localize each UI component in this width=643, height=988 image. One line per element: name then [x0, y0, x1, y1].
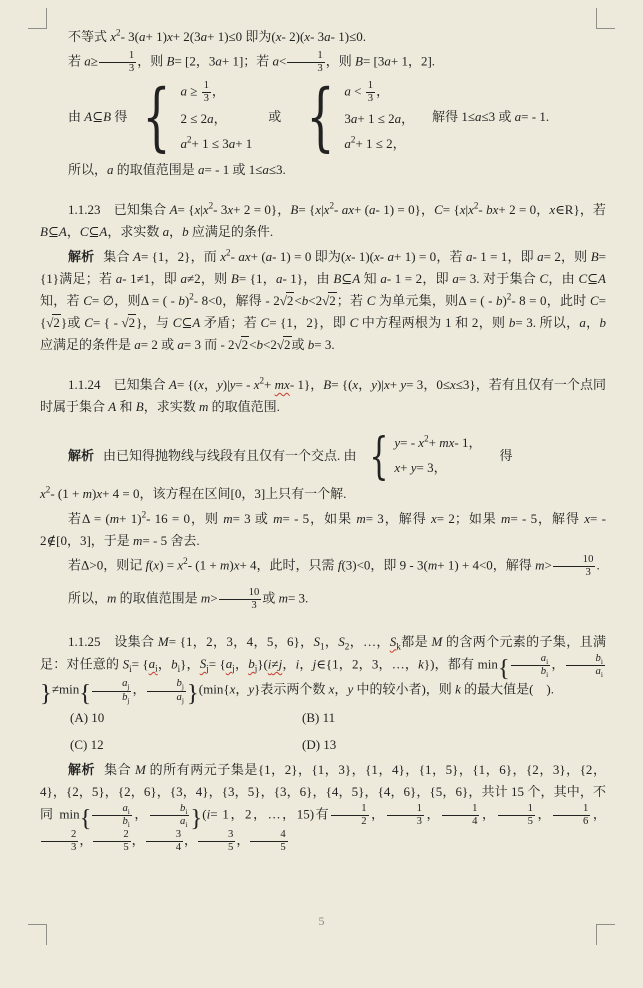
- cases-prefix: 由已知得抛物线与线段有且仅有一个交点. 由: [103, 445, 357, 467]
- document-content: 不等式 x2- 3(a+ 1)x+ 2(3a+ 1)≤0 即为(x- 2)(x-…: [40, 26, 606, 856]
- paragraph: 所以，a 的取值范围是 a= - 1 或 1≤a≤3.: [40, 159, 606, 181]
- fraction: aibi: [511, 653, 550, 679]
- option-item: (B) 11: [302, 707, 534, 729]
- paragraph: 若Δ = (m+ 1)2- 16 = 0，则 m= 3 或 m= - 5，如果 …: [40, 508, 606, 552]
- math-brace: }: [187, 680, 199, 707]
- cases-or: 或: [268, 106, 281, 128]
- fraction: aibi: [92, 803, 131, 829]
- fraction: biai: [566, 653, 605, 679]
- math-brace: {: [79, 680, 91, 707]
- options-row: (A) 10(B) 11: [70, 707, 606, 729]
- cases-prefix: 由 A⊆B 得: [68, 106, 127, 128]
- sqrt-radical: √2: [46, 314, 61, 330]
- fraction: 13: [202, 80, 211, 106]
- cases-line: 解析由已知得抛物线与线段有且仅有一个交点. 由{y= - x2+ mx- 1，x…: [40, 432, 606, 479]
- spellcheck-squiggle: ai: [149, 656, 158, 671]
- page-number: 5: [0, 914, 643, 929]
- fraction: 12: [331, 803, 368, 829]
- sqrt-radical: √2: [322, 292, 337, 308]
- fraction: 16: [553, 803, 590, 829]
- math-brace: {: [80, 805, 92, 832]
- option-item: (C) 12: [70, 734, 302, 756]
- spellcheck-squiggle: Sj: [200, 656, 209, 671]
- spellcheck-squiggle: bj: [248, 656, 257, 671]
- solution-label: 解析: [68, 762, 95, 777]
- option-item: (A) 10: [70, 707, 302, 729]
- system-row: a2+ 1 ≤ 2，: [344, 133, 414, 155]
- paragraph: 若Δ>0，则记 f(x) = x2- (1 + m)x+ 4，此时，只需 f(3…: [40, 554, 606, 580]
- paragraph: 解析集合 M 的所有两元子集是{1，2}，{1，3}，{1，4}，{1，5}，{…: [40, 759, 606, 854]
- fraction: 35: [198, 829, 235, 855]
- system-row: 2 ≤ 2a，: [180, 108, 252, 130]
- options-row: (C) 12(D) 13: [70, 734, 606, 756]
- solution-label: 解析: [68, 445, 94, 467]
- system-row: a < 13，: [344, 80, 414, 106]
- fraction: 103: [553, 554, 596, 580]
- paragraph: 1.1.25 设集合 M= {1，2，3，4，5，6}，S1，S2，…，Sk都是…: [40, 631, 606, 704]
- fraction: 45: [250, 829, 287, 855]
- solution-label: 解析: [68, 249, 94, 264]
- fraction: 103: [219, 587, 262, 613]
- fraction: bjaj: [147, 678, 186, 704]
- fraction: 13: [99, 50, 136, 76]
- sqrt-radical: √2: [277, 336, 292, 352]
- fraction: ajbj: [92, 678, 131, 704]
- math-brace: }: [40, 680, 52, 707]
- paragraph: 解析集合 A= {1，2}，而 x2- ax+ (a- 1) = 0 即为(x-…: [40, 246, 606, 356]
- spellcheck-squiggle: i≠j: [268, 656, 282, 671]
- math-brace: {: [498, 655, 510, 682]
- vertical-gap: [40, 183, 606, 199]
- spellcheck-squiggle: aj: [226, 656, 235, 671]
- equation-system: {y= - x2+ mx- 1，x+ y= 3，: [363, 432, 482, 479]
- fraction: 14: [442, 803, 479, 829]
- options-grid: (A) 10(B) 11(C) 12(D) 13: [40, 707, 606, 756]
- spellcheck-squiggle: Sk: [390, 634, 401, 649]
- system-row: a ≥ 13，: [180, 80, 252, 106]
- paragraph: x2- (1 + m)x+ 4 = 0，该方程在区间[0，3]上只有一个解.: [40, 483, 606, 505]
- sqrt-radical: √2: [121, 314, 136, 330]
- fraction: biai: [150, 803, 189, 829]
- vertical-gap: [40, 358, 606, 374]
- paragraph: 不等式 x2- 3(a+ 1)x+ 2(3a+ 1)≤0 即为(x- 2)(x-…: [40, 26, 606, 48]
- cases-line: 由 A⊆B 得{a ≥ 13，2 ≤ 2a，a2+ 1 ≤ 3a+ 1或{a <…: [40, 80, 606, 156]
- fraction: 15: [498, 803, 535, 829]
- vertical-gap: [40, 615, 606, 631]
- paragraph: 1.1.23 已知集合 A= {x|x2- 3x+ 2 = 0}，B= {x|x…: [40, 199, 606, 243]
- paragraph: 1.1.24 已知集合 A= {(x，y)|y= - x2+ mx- 1}，B=…: [40, 374, 606, 418]
- fraction: 25: [93, 829, 130, 855]
- option-item: (D) 13: [302, 734, 534, 756]
- spellcheck-squiggle: mx: [275, 377, 290, 392]
- system-row: 3a+ 1 ≤ 2a，: [344, 108, 414, 130]
- vertical-gap: [40, 420, 606, 428]
- system-row: a2+ 1 ≤ 3a+ 1: [180, 133, 252, 155]
- equation-system: {a ≥ 13，2 ≤ 2a，a2+ 1 ≤ 3a+ 1: [133, 80, 252, 156]
- cases-suffix: 解得 1≤a≤3 或 a= - 1.: [432, 106, 549, 128]
- equation-system: {a < 13，3a+ 1 ≤ 2a，a2+ 1 ≤ 2，: [297, 80, 414, 156]
- fraction: 34: [146, 829, 183, 855]
- sqrt-radical: √2: [280, 292, 295, 308]
- fraction: 23: [41, 829, 78, 855]
- fraction: 13: [387, 803, 424, 829]
- paragraph: 所以，m 的取值范围是 m>103或 m= 3.: [40, 587, 606, 613]
- cases-suffix: 得: [499, 445, 512, 467]
- fraction: 13: [366, 80, 375, 106]
- document-page: { "page": { "background": "#edeadb", "wi…: [0, 0, 643, 988]
- system-row: x+ y= 3，: [394, 457, 481, 479]
- sqrt-radical: √2: [235, 336, 250, 352]
- fraction: 13: [287, 50, 324, 76]
- system-row: y= - x2+ mx- 1，: [394, 432, 481, 454]
- paragraph: 若 a≥13，则 B= [2，3a+ 1]；若 a<13，则 B= [3a+ 1…: [40, 50, 606, 76]
